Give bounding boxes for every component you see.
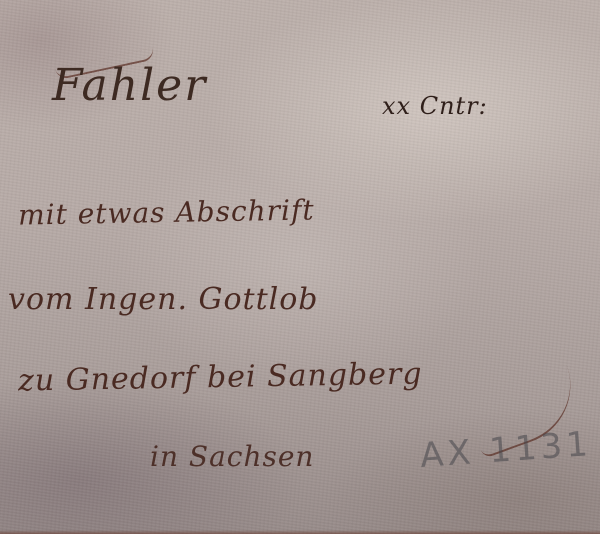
paper-bottom-edge [0,530,600,534]
handwritten-line-2: vom Ingen. Gottlob [8,282,319,317]
aged-paper-note: Fahler xx Cntr: mit etwas Abschrift vom … [0,0,600,534]
handwritten-line-1: mit etwas Abschrift [18,193,315,231]
note-title: Fahler [52,60,207,111]
handwritten-line-3: zu Gnedorf bei Sangberg [18,356,423,398]
pencil-annotation: AX 1131 [419,424,593,476]
note-title-suffix: xx Cntr: [382,92,488,120]
handwritten-line-4: in Sachsen [150,440,314,473]
